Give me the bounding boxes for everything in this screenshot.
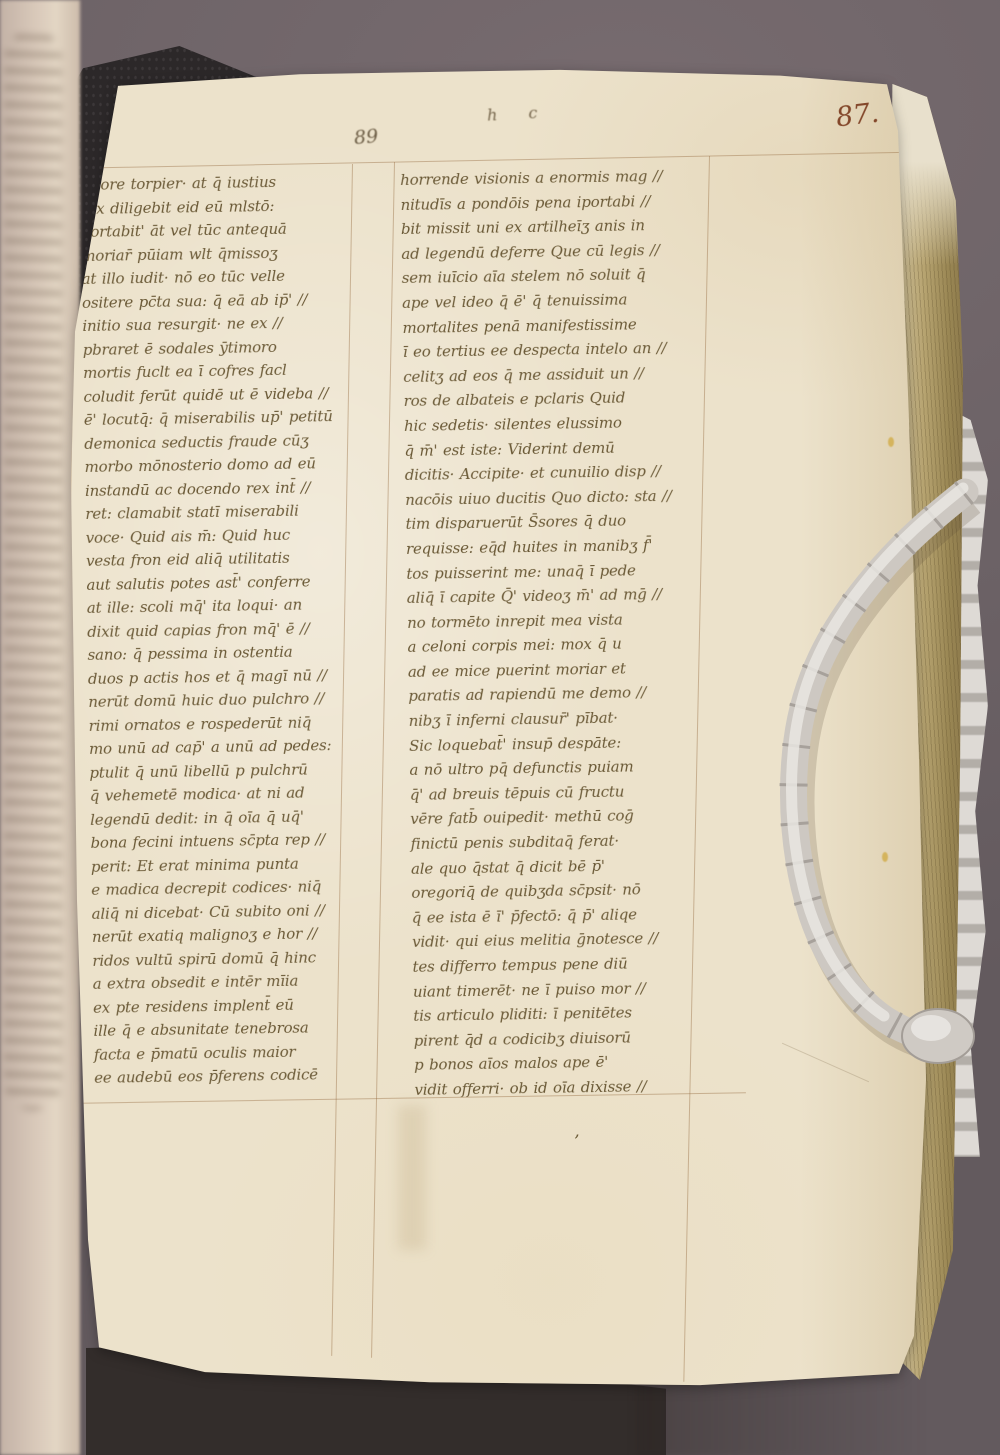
photo-scene: 87. 89 h c ’ sclore torpier· at q̄ iusti… — [0, 0, 1000, 1455]
wax-fleck — [96, 1352, 104, 1357]
ruling-line-col2-left — [371, 162, 395, 1358]
parchment-surface: 87. 89 h c ’ sclore torpier· at q̄ iusti… — [0, 0, 1000, 1455]
wax-fleck — [888, 437, 894, 447]
parchment-crease — [782, 1043, 869, 1083]
folio-number: 87. — [834, 97, 880, 133]
wax-fleck — [882, 852, 888, 862]
manuscript-line: ee audebū eos p̄ferens codicē — [94, 1063, 343, 1090]
footer-mark: ’ — [574, 1132, 579, 1152]
ruling-line-right — [683, 156, 710, 1382]
ink-stain — [398, 1105, 426, 1250]
manuscript-page: 87. 89 h c ’ sclore torpier· at q̄ iusti… — [0, 0, 1000, 1455]
manuscript-line: vidit offerri· ob id oīa dixisse // — [414, 1074, 681, 1103]
ruling-line-left — [55, 162, 77, 1352]
text-column-left: sclore torpier· at q̄ iustiusrex diligeb… — [80, 170, 343, 1090]
text-column-right: horrende visionis a enormis mag //nitudī… — [400, 164, 681, 1103]
quire-mark: h c — [487, 102, 551, 124]
column-number-mark: 89 — [353, 125, 379, 149]
